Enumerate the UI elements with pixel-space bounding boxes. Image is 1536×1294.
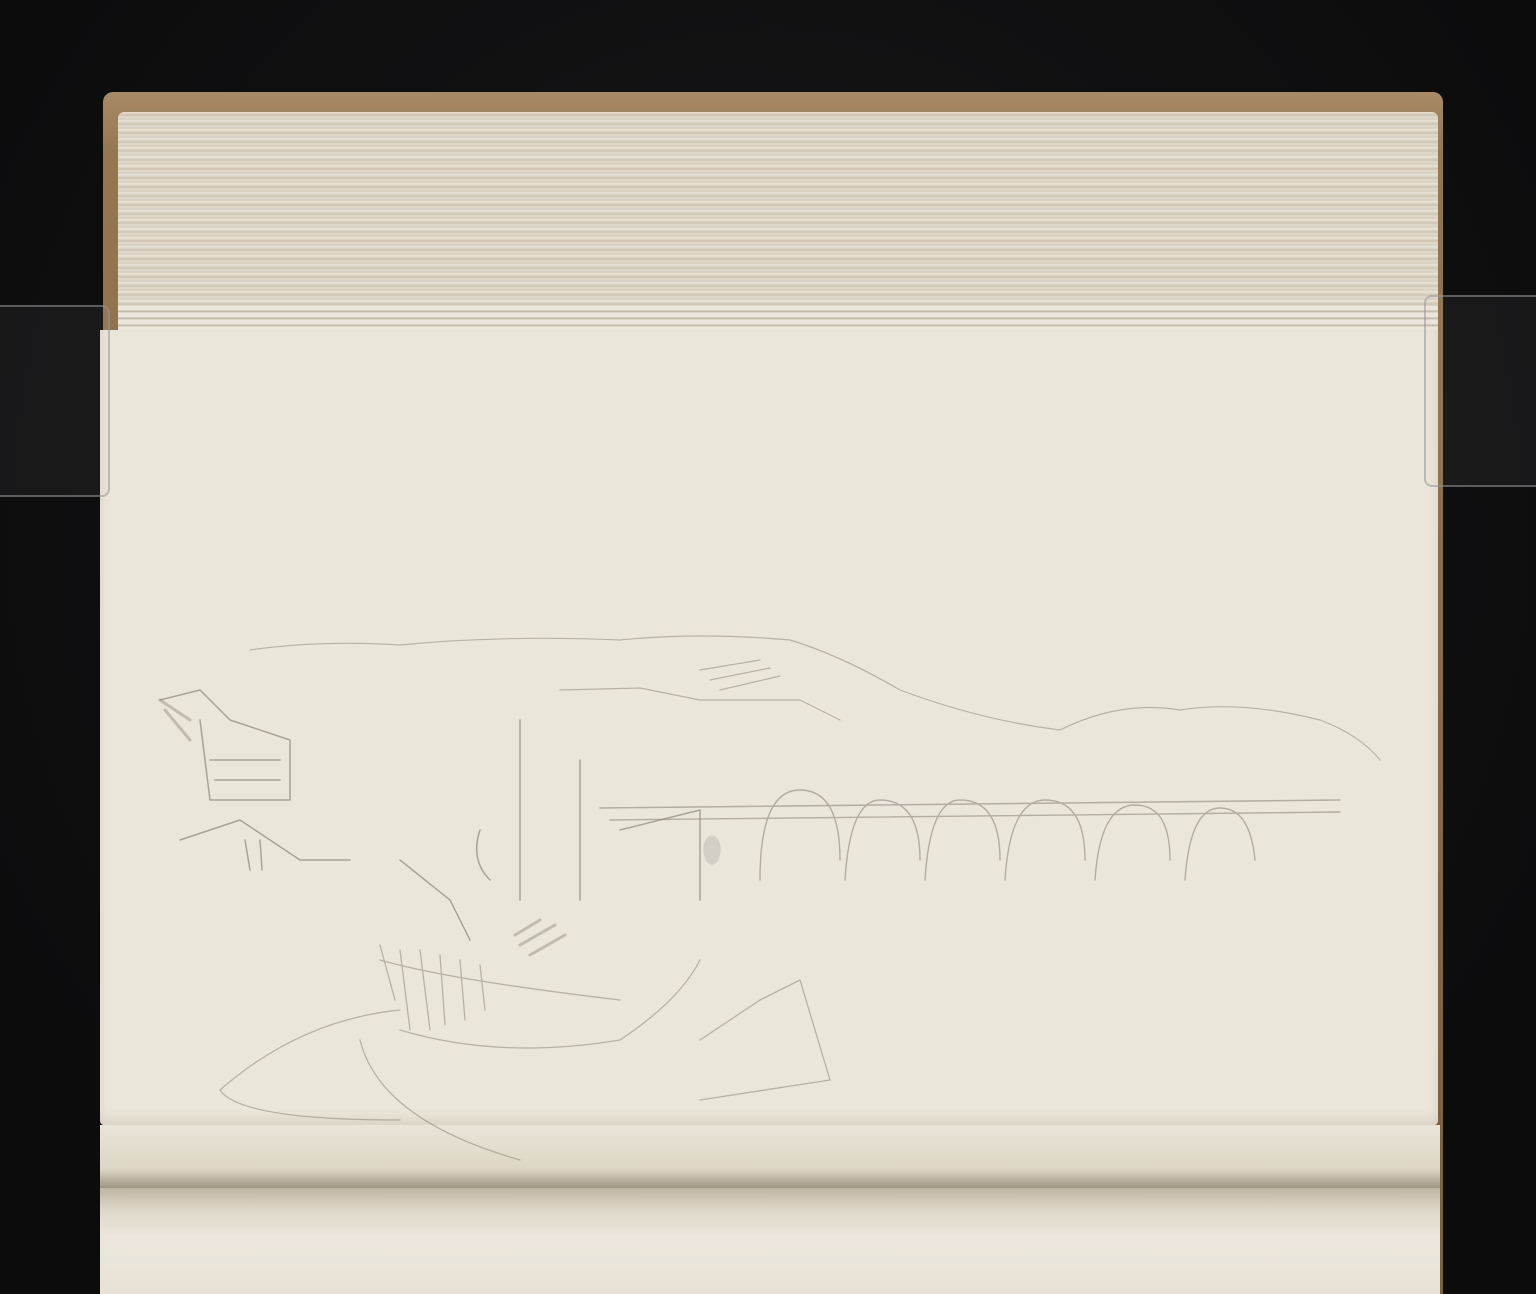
pencil-drawing [0,0,1536,1294]
foreground-boats [220,945,830,1160]
distant-hills [250,636,1380,760]
bridge [600,790,1340,880]
town-buildings [160,690,700,940]
dark-hatching [160,700,565,955]
